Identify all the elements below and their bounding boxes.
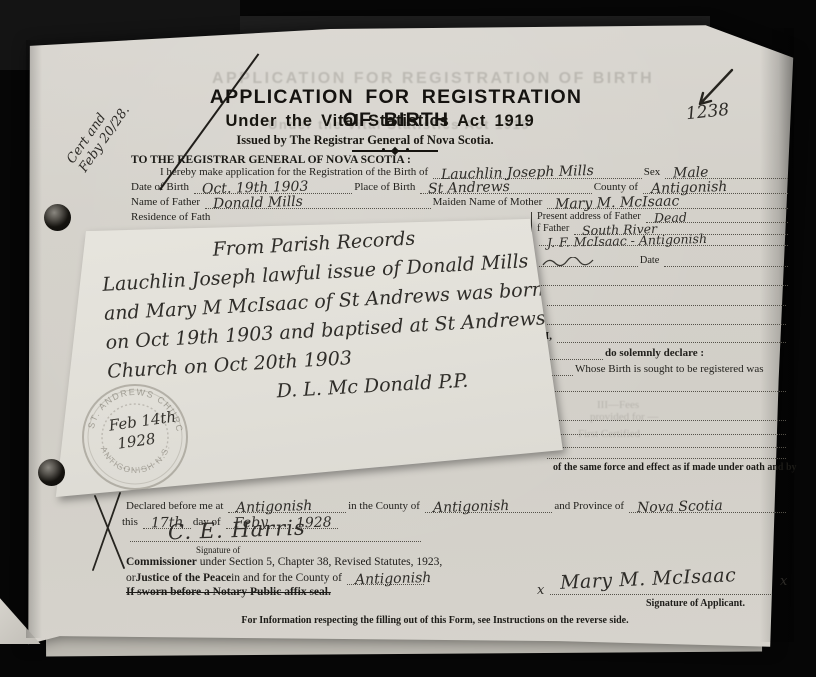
date-field — [664, 253, 788, 267]
or-label: or — [126, 572, 136, 585]
mother-label: Maiden Name of Mother — [433, 196, 546, 209]
force-effect-line: of the same force and effect as if made … — [553, 462, 797, 473]
blank-field — [539, 272, 788, 286]
ornament-divider — [352, 150, 438, 152]
note-paper-surface: From Parish Records Lauchlin Joseph lawf… — [48, 214, 568, 504]
father-field: Donald Mills — [205, 193, 431, 209]
justice-line: or Justice of the Peace in and for the C… — [126, 570, 426, 585]
x-mark-left: x — [537, 583, 544, 598]
hole-punch-top — [44, 204, 71, 231]
sex-field: Male — [665, 163, 788, 179]
blank-row — [545, 293, 788, 306]
scanned-birth-registration-document: Cert and Feby 20/28. 1238 APPLICATION FO… — [0, 0, 816, 677]
contact-row: J. F. McIsaac - Antigonish — [537, 233, 790, 246]
bleed-through-certified: First Certified — [578, 428, 640, 440]
justice-bold: Justice of the Peace — [136, 572, 231, 585]
commissioner-bold: Commissioner — [126, 556, 197, 568]
ornament-dot — [406, 148, 409, 151]
blank-row — [545, 312, 788, 325]
witness-signature-line — [128, 527, 423, 542]
blank-row — [545, 446, 788, 459]
date-row: Date — [537, 254, 790, 267]
name-field: Lauchlin Joseph Mills — [433, 163, 642, 179]
blank-field — [547, 407, 786, 421]
application-row: I hereby make application for the Regist… — [160, 164, 790, 179]
hole-punch-bottom — [38, 459, 65, 486]
x-mark-right: x — [780, 574, 787, 589]
signature-of-label: Signature of — [196, 545, 240, 555]
birth-row: Date of Birth Oct. 19th 1903 Place of Bi… — [131, 179, 790, 194]
mother-field: Mary M. McIsaac — [547, 193, 788, 209]
blank-field — [542, 378, 786, 392]
parents-row: Name of Father Donald Mills Maiden Name … — [131, 194, 790, 209]
declarant-row: I, — [545, 328, 788, 343]
justice-county-value: Antigonish — [355, 570, 432, 588]
solemnly-row: do solemnly declare : — [545, 345, 788, 360]
dob-label: Date of Birth — [131, 181, 192, 194]
declared-province-value: Nova Scotia — [637, 498, 723, 516]
parish-record-note: From Parish Records Lauchlin Joseph lawf… — [48, 214, 568, 504]
ornament-dot — [382, 148, 385, 151]
applicant-signature-field — [550, 579, 771, 595]
notary-struck-line: If sworn before a Notary Public affix se… — [126, 586, 331, 598]
blank-row — [540, 379, 788, 392]
blank-row — [545, 408, 788, 421]
justice-county-field: Antigonish — [347, 569, 424, 585]
applicant-signature-line — [548, 580, 773, 595]
declared-province-field: Nova Scotia — [629, 497, 786, 513]
date-label: Date — [640, 255, 662, 267]
place-field: St Andrews — [420, 178, 591, 194]
blank-field — [547, 311, 786, 325]
declarant-field — [557, 327, 786, 343]
bleed-through-fees: III—Fees — [597, 399, 639, 411]
bleed-through-provided: provided for — — [590, 411, 658, 423]
solemnly-label: do solemnly declare : — [605, 347, 707, 360]
justice-rest: in and for the County of — [231, 572, 345, 585]
commissioner-rest: under Section 5, Chapter 38, Revised Sta… — [197, 556, 442, 568]
form-issuer: Issued by The Registrar General of Nova … — [200, 133, 530, 148]
whose-label: Whose Birth is sought to be registered w… — [575, 363, 767, 376]
footer-instructions: For Information respecting the filling o… — [240, 615, 630, 626]
applicant-signature-label: Signature of Applicant. — [646, 598, 745, 609]
contact-field: J. F. McIsaac - Antigonish — [539, 232, 788, 246]
blank-row — [537, 273, 790, 286]
father-label: Name of Father — [131, 196, 203, 209]
county-field: Antigonish — [643, 178, 788, 194]
blank-field — [547, 292, 786, 306]
whose-birth-row: Whose Birth is sought to be registered w… — [545, 361, 788, 376]
dob-field: Oct. 19th 1903 — [194, 178, 352, 194]
witness-signature-field — [130, 526, 421, 542]
commissioner-line: Commissioner under Section 5, Chapter 38… — [126, 556, 442, 568]
form-subtitle: Under the Vital Statistics Act 1919 — [200, 112, 560, 131]
blank-field — [547, 445, 786, 459]
